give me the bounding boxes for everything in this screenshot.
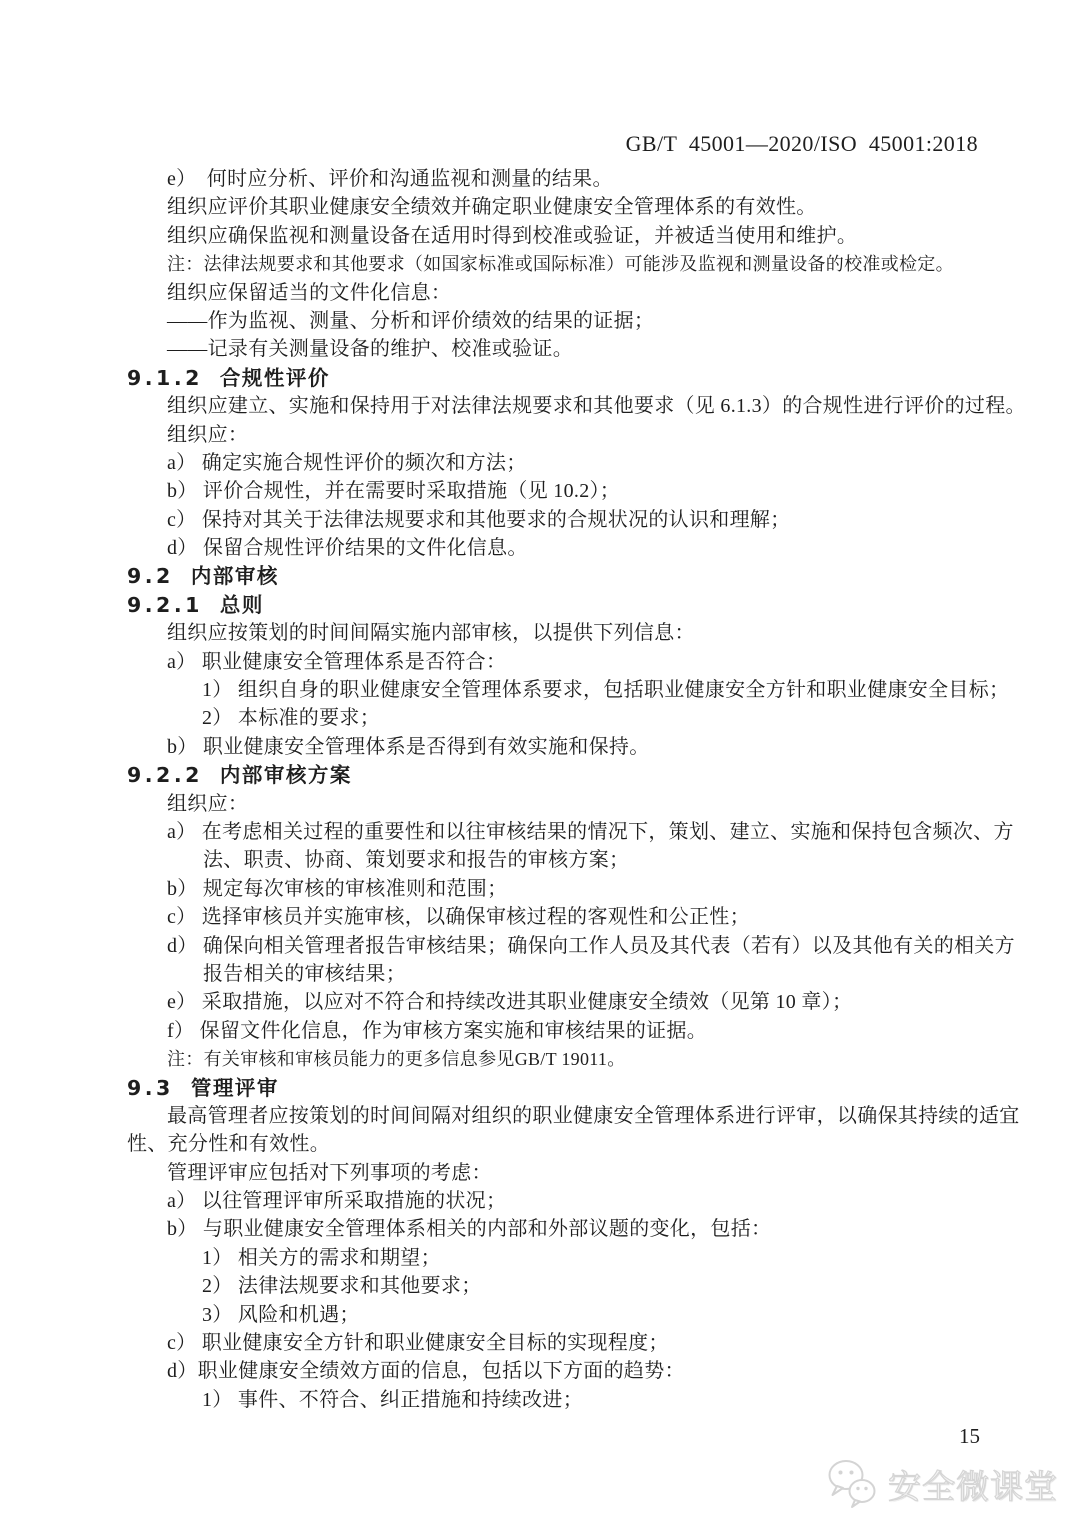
running-header: GB/T 45001—2020/ISO 45001:2018 (626, 131, 978, 157)
section-heading: 9.2.2内部审核方案 (0, 761, 1080, 789)
section-number: 9.2 (127, 564, 174, 588)
text-line: b） 与职业健康安全管理体系相关的内部和外部议题的变化，包括： (0, 1215, 1080, 1243)
text-line: 2） 法律法规要求和其他要求； (0, 1272, 1080, 1300)
text-line: c） 保持对其关于法律法规要求和其他要求的合规状况的认识和理解； (0, 506, 1080, 534)
text-line: 管理评审应包括对下列事项的考虑： (0, 1159, 1080, 1187)
section-heading: 9.1.2合规性评价 (0, 364, 1080, 392)
text-line: c） 选择审核员并实施审核，以确保审核过程的客观性和公正性； (0, 903, 1080, 931)
watermark-text: 安全微课堂 (888, 1461, 1058, 1508)
text-line: 组织应按策划的时间间隔实施内部审核，以提供下列信息： (0, 619, 1080, 647)
text-line: f） 保留文件化信息，作为审核方案实施和审核结果的证据。 (0, 1017, 1080, 1045)
text-line: 报告相关的审核结果； (0, 960, 1080, 988)
section-heading: 9.2.1总则 (0, 591, 1080, 619)
text-line: b） 评价合规性，并在需要时采取措施（见 10.2）； (0, 477, 1080, 505)
section-title: 管理评审 (191, 1076, 279, 1100)
text-line: e） 采取措施，以应对不符合和持续改进其职业健康安全绩效（见第 10 章）； (0, 988, 1080, 1016)
page-number: 15 (959, 1424, 980, 1449)
text-line: 法、职责、协商、策划要求和报告的审核方案； (0, 846, 1080, 874)
text-line: 2） 本标准的要求； (0, 704, 1080, 732)
section-heading: 9.3管理评审 (0, 1074, 1080, 1102)
text-line: ——作为监视、测量、分析和评价绩效的结果的证据； (0, 307, 1080, 335)
text-line: e） 何时应分析、评价和沟通监视和测量的结果。 (0, 165, 1080, 193)
text-line: 最高管理者应按策划的时间间隔对组织的职业健康安全管理体系进行评审，以确保其持续的… (0, 1102, 1080, 1130)
text-line: 组织应保留适当的文件化信息： (0, 279, 1080, 307)
text-line: 组织应： (0, 790, 1080, 818)
text-line: 组织应建立、实施和保持用于对法律法规要求和其他要求（见 6.1.3）的合规性进行… (0, 392, 1080, 420)
text-line: 注：法律法规要求和其他要求（如国家标准或国际标准）可能涉及监视和测量设备的校准或… (0, 250, 1080, 278)
section-number: 9.2.2 (127, 763, 203, 787)
text-line: 1） 相关方的需求和期望； (0, 1244, 1080, 1272)
section-title: 合规性评价 (220, 366, 330, 390)
text-line: 1） 事件、不符合、纠正措施和持续改进； (0, 1386, 1080, 1414)
section-title: 内部审核方案 (220, 763, 352, 787)
text-line: ——记录有关测量设备的维护、校准或验证。 (0, 335, 1080, 363)
text-line: c） 职业健康安全方针和职业健康安全目标的实现程度； (0, 1329, 1080, 1357)
text-line: 组织应确保监视和测量设备在适用时得到校准或验证，并被适当使用和维护。 (0, 222, 1080, 250)
text-line: 注：有关审核和审核员能力的更多信息参见GB/T 19011。 (0, 1045, 1080, 1073)
content-lines: e） 何时应分析、评价和沟通监视和测量的结果。组织应评价其职业健康安全绩效并确定… (0, 165, 1080, 1414)
text-line: a） 以往管理评审所采取措施的状况； (0, 1187, 1080, 1215)
document-page: GB/T 45001—2020/ISO 45001:2018 e） 何时应分析、… (0, 0, 1080, 1527)
text-line: 1） 组织自身的职业健康安全管理体系要求，包括职业健康安全方针和职业健康安全目标… (0, 676, 1080, 704)
section-number: 9.3 (127, 1076, 174, 1100)
text-line: d）职业健康安全绩效方面的信息，包括以下方面的趋势： (0, 1357, 1080, 1385)
section-heading: 9.2内部审核 (0, 562, 1080, 590)
text-line: a） 确定实施合规性评价的频次和方法； (0, 449, 1080, 477)
text-line: a） 职业健康安全管理体系是否符合： (0, 648, 1080, 676)
text-line: d） 保留合规性评价结果的文件化信息。 (0, 534, 1080, 562)
section-title: 总则 (220, 593, 264, 617)
text-line: 3） 风险和机遇； (0, 1301, 1080, 1329)
text-line: 组织应： (0, 421, 1080, 449)
watermark: 安全微课堂 (826, 1458, 1058, 1510)
text-line: a） 在考虑相关过程的重要性和以往审核结果的情况下，策划、建立、实施和保持包含频… (0, 818, 1080, 846)
chat-bubbles-icon (826, 1458, 880, 1510)
text-line: d） 确保向相关管理者报告审核结果；确保向工作人员及其代表（若有）以及其他有关的… (0, 932, 1080, 960)
section-number: 9.1.2 (127, 366, 203, 390)
section-title: 内部审核 (191, 564, 279, 588)
section-number: 9.2.1 (127, 593, 203, 617)
text-line: b） 职业健康安全管理体系是否得到有效实施和保持。 (0, 733, 1080, 761)
text-line: 性、充分性和有效性。 (0, 1130, 1080, 1158)
text-line: 组织应评价其职业健康安全绩效并确定职业健康安全管理体系的有效性。 (0, 193, 1080, 221)
text-line: b） 规定每次审核的审核准则和范围； (0, 875, 1080, 903)
